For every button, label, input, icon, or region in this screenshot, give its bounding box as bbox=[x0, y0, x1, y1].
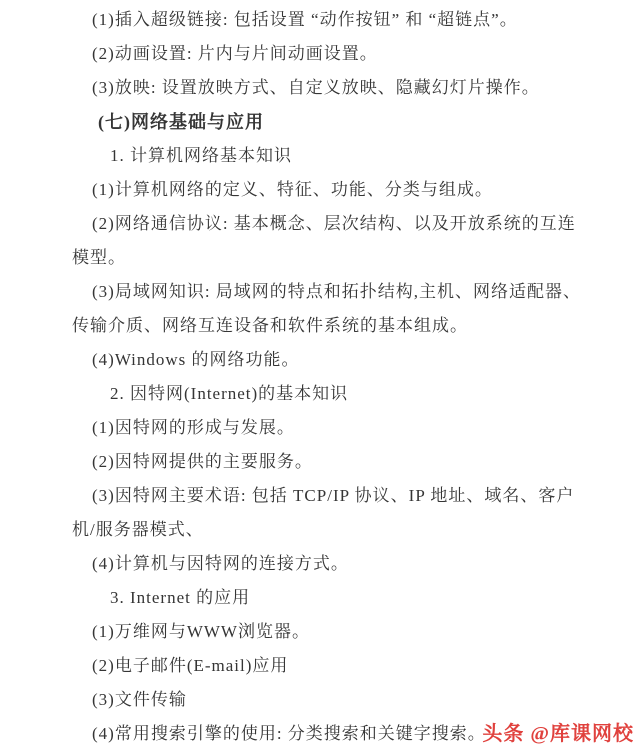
document-line: (1)万维网与WWW浏览器。 bbox=[0, 615, 640, 649]
document-line: 1. 计算机网络基本知识 bbox=[0, 139, 640, 173]
document-line: (4)计算机与因特网的连接方式。 bbox=[0, 547, 640, 581]
document-line: (3)文件传输 bbox=[0, 683, 640, 717]
document-line: 3. Internet 的应用 bbox=[0, 581, 640, 615]
document-line: 模型。 bbox=[0, 241, 640, 275]
document-line: (3)局域网知识: 局域网的特点和拓扑结构,主机、网络适配器、 bbox=[0, 275, 640, 309]
toutiao-watermark: 头条 @库课网校 bbox=[482, 717, 634, 746]
document-line: (七)网络基础与应用 bbox=[0, 105, 640, 139]
document-line: (1)计算机网络的定义、特征、功能、分类与组成。 bbox=[0, 173, 640, 207]
document-line: (2)因特网提供的主要服务。 bbox=[0, 445, 640, 479]
document-line: 传输介质、网络互连设备和软件系统的基本组成。 bbox=[0, 309, 640, 343]
document-line: (1)因特网的形成与发展。 bbox=[0, 411, 640, 445]
document-line: 2. 因特网(Internet)的基本知识 bbox=[0, 377, 640, 411]
document-line: (2)动画设置: 片内与片间动画设置。 bbox=[0, 37, 640, 71]
document-body: (1)插入超级链接: 包括设置 “动作按钮” 和 “超链点”。(2)动画设置: … bbox=[0, 0, 640, 751]
document-line: 机/服务器模式、 bbox=[0, 513, 640, 547]
document-line: (1)插入超级链接: 包括设置 “动作按钮” 和 “超链点”。 bbox=[0, 3, 640, 37]
document-line: (4)Windows 的网络功能。 bbox=[0, 343, 640, 377]
document-page: (1)插入超级链接: 包括设置 “动作按钮” 和 “超链点”。(2)动画设置: … bbox=[0, 0, 640, 754]
document-line: (3)因特网主要术语: 包括 TCP/IP 协议、IP 地址、域名、客户 bbox=[0, 479, 640, 513]
document-line: (2)电子邮件(E-mail)应用 bbox=[0, 649, 640, 683]
document-line: (3)放映: 设置放映方式、自定义放映、隐藏幻灯片操作。 bbox=[0, 71, 640, 105]
document-line: (2)网络通信协议: 基本概念、层次结构、以及开放系统的互连 bbox=[0, 207, 640, 241]
